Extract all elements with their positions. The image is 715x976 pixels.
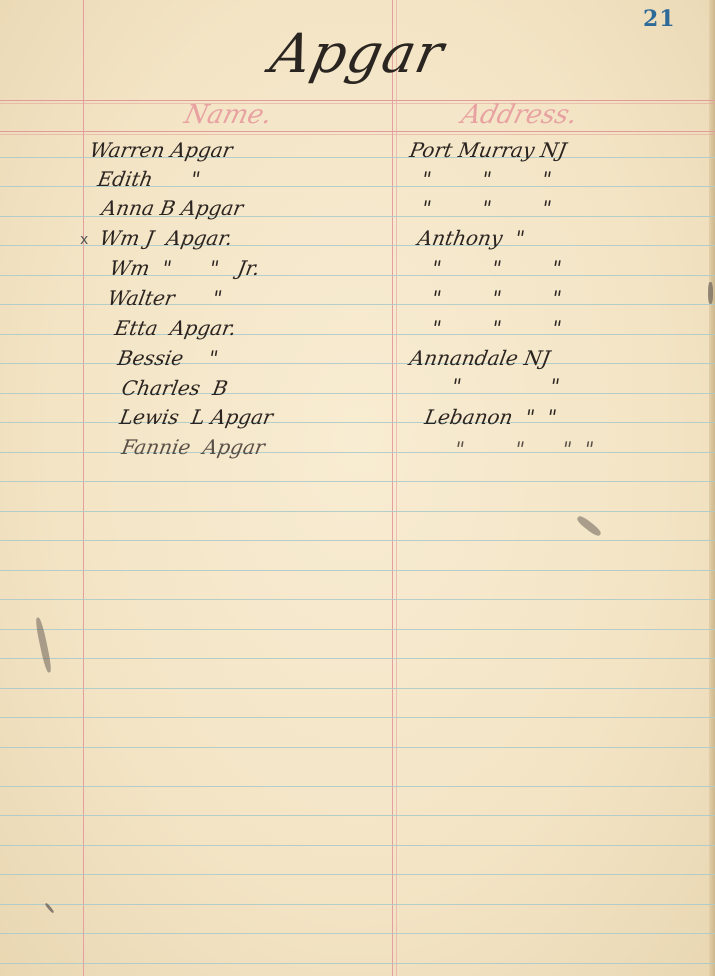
left-margin-line xyxy=(83,0,84,976)
ink-mark xyxy=(708,282,713,304)
entry-address: " " xyxy=(450,374,562,398)
header-rule-bottom xyxy=(0,131,715,132)
ink-smudge xyxy=(34,617,52,673)
entry-address: Anthony " xyxy=(416,226,527,250)
entry-name: Edith " xyxy=(96,167,202,191)
entry-name: Etta Apgar. xyxy=(113,316,238,340)
entry-address: Lebanon " " xyxy=(423,405,559,429)
entry-address: " " " xyxy=(420,167,554,191)
entry-name: Bessie " xyxy=(116,346,220,370)
entry-name: Walter " xyxy=(106,286,224,310)
page-edge xyxy=(709,0,715,976)
ink-smudge xyxy=(576,514,603,538)
column-header-name: Name. xyxy=(181,100,275,130)
page-number: 21 xyxy=(643,6,676,32)
header-rule-top xyxy=(0,100,715,101)
margin-x-mark: x xyxy=(80,232,88,248)
entry-address: " " " xyxy=(430,256,564,280)
entry-address: " " " xyxy=(430,316,564,340)
entry-address: Annandale NJ xyxy=(408,346,552,370)
entry-address: " " " " xyxy=(453,437,596,461)
entry-name: Warren Apgar xyxy=(88,138,235,162)
entry-name: Anna B Apgar xyxy=(100,196,245,220)
entry-name: Fannie Apgar xyxy=(120,435,267,459)
ledger-page: 21 Apgar Name. Address. Warren Apgar Por… xyxy=(0,0,715,976)
header-rule-top-2 xyxy=(0,103,715,104)
entry-name: Charles B xyxy=(120,376,230,400)
surname-heading: Apgar xyxy=(265,22,450,85)
column-divider-line-2 xyxy=(396,0,397,976)
entry-address: Port Murray NJ xyxy=(408,138,568,162)
header-rule-bottom-2 xyxy=(0,134,715,135)
column-divider-line xyxy=(392,0,393,976)
entry-address: " " " xyxy=(420,196,554,220)
entry-address: " " " xyxy=(430,286,564,310)
entry-name: Lewis L Apgar xyxy=(118,405,275,429)
entry-name: Wm J Apgar. xyxy=(98,226,235,250)
column-header-address: Address. xyxy=(458,100,580,130)
entry-name: Wm " " Jr. xyxy=(108,256,262,280)
